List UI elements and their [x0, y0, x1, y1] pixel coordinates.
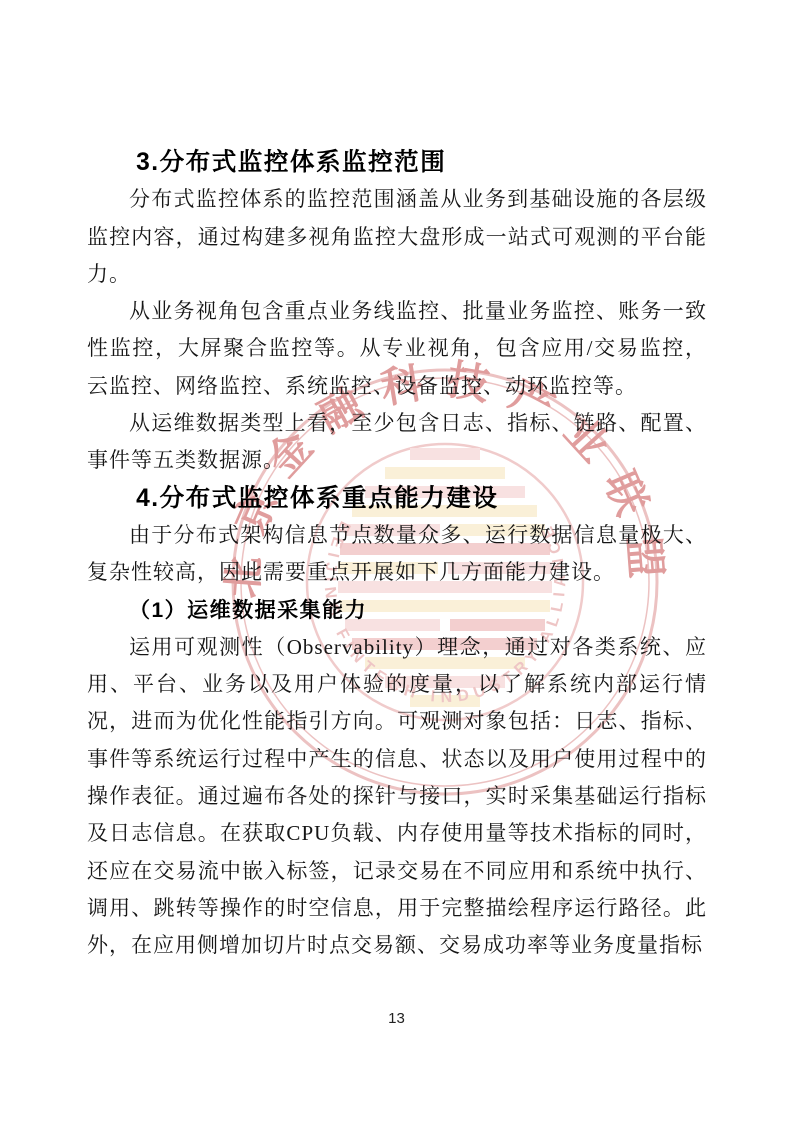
paragraph-business-view: 从业务视角包含重点业务线监控、批量业务监控、账务一致性监控，大屏聚合监控等。从专… [87, 293, 707, 405]
document-body: 3.分布式监控体系监控范围 分布式监控体系的监控范围涵盖从业务到基础设施的各层级… [87, 144, 707, 965]
paragraph-monitor-scope: 分布式监控体系的监控范围涵盖从业务到基础设施的各层级监控内容，通过构建多视角监控… [87, 181, 707, 293]
paragraph-data-types: 从运维数据类型上看，至少包含日志、指标、链路、配置、事件等五类数据源。 [87, 405, 707, 480]
page-footer: 13 [0, 1010, 793, 1027]
paragraph-observability: 运用可观测性（Observability）理念，通过对各类系统、应用、平台、业务… [87, 629, 707, 965]
section-heading-3: 3.分布式监控体系监控范围 [87, 144, 707, 181]
document-page: 北京金融科技产业联盟 BEIJING FINTECH INDUSTRY ALLI… [0, 0, 793, 1122]
paragraph-capability-intro: 由于分布式架构信息节点数量众多、运行数据信息量极大、复杂性较高，因此需要重点开展… [87, 517, 707, 592]
page-number: 13 [388, 1010, 405, 1027]
section-heading-4: 4.分布式监控体系重点能力建设 [87, 480, 707, 517]
subsection-heading-1: （1）运维数据采集能力 [87, 592, 707, 629]
